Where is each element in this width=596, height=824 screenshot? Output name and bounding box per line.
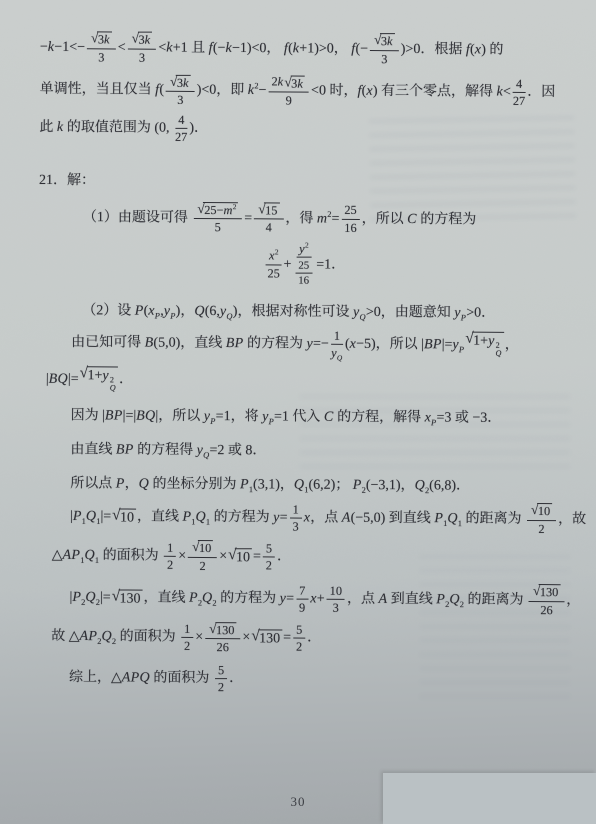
line-p2q2: |P2Q2|=√130，直线 P2Q2 的方程为 y=79x+103，点 A 到… (69, 580, 568, 618)
line-area-ap1q1: △AP1Q1 的面积为 12×√102×√10=52． (52, 538, 569, 576)
line-k-range: 此 k 的取值范围为 (0, 427)． (39, 111, 571, 148)
line-conclusion: 综上，△APQ 的面积为 52． (69, 661, 568, 697)
solution-text: −k−1<−√3k3<√3k3<k+1 且 f(−k−1)<0， f(k+1)>… (36, 30, 572, 698)
line-p1q1: |P1Q1|=√10，直线 P1Q1 的方程为 y=13x，点 A(−5,0) … (70, 499, 569, 537)
document-page: −k−1<−√3k3<√3k3<k+1 且 f(−k−1)<0， f(k+1)>… (0, 0, 596, 824)
line-solve-yq: 由直线 BP 的方程得 yQ=2 或 8． (70, 438, 569, 461)
line-part1: （1）由题设可得 √25−m25=√154，得 m2=2516，所以 C 的方程… (83, 200, 571, 238)
line-solve-xp: 因为 |BP|=|BQ|，所以 yP=1，将 yP=1 代入 C 的方程，解得 … (71, 404, 570, 427)
line-zero-condition: −k−1<−√3k3<√3k3<k+1 且 f(−k−1)<0， f(k+1)>… (40, 30, 572, 68)
line-coordinates: 所以点 P，Q 的坐标分别为 P1(3,1)，Q1(6,2)； P2(−3,1)… (70, 472, 569, 495)
line-bq-length: |BQ|=√1+y2Q． (46, 366, 570, 396)
line-ellipse-equation: x225+y22516=1． (38, 239, 570, 291)
page-number: 30 (0, 794, 596, 810)
line-part2-setup: （2）设 P(xP,yP)，Q(6,yQ)，根据对称性可设 yQ>0，由题意知 … (82, 299, 570, 322)
line-monotonicity: 单调性，当且仅当 f(√3k3)<0，即 k2−2k√3k9<0 时，f(x) … (40, 72, 572, 110)
line-bp-equation: 由已知可得 B(5,0)，直线 BP 的方程为 y=−1yQ(x−5)，所以 |… (71, 326, 570, 362)
line-area-ap2q2: 故 △AP2Q2 的面积为 12×√13026×√130=52． (51, 619, 568, 657)
line-problem-21: 21．解： (39, 168, 571, 191)
